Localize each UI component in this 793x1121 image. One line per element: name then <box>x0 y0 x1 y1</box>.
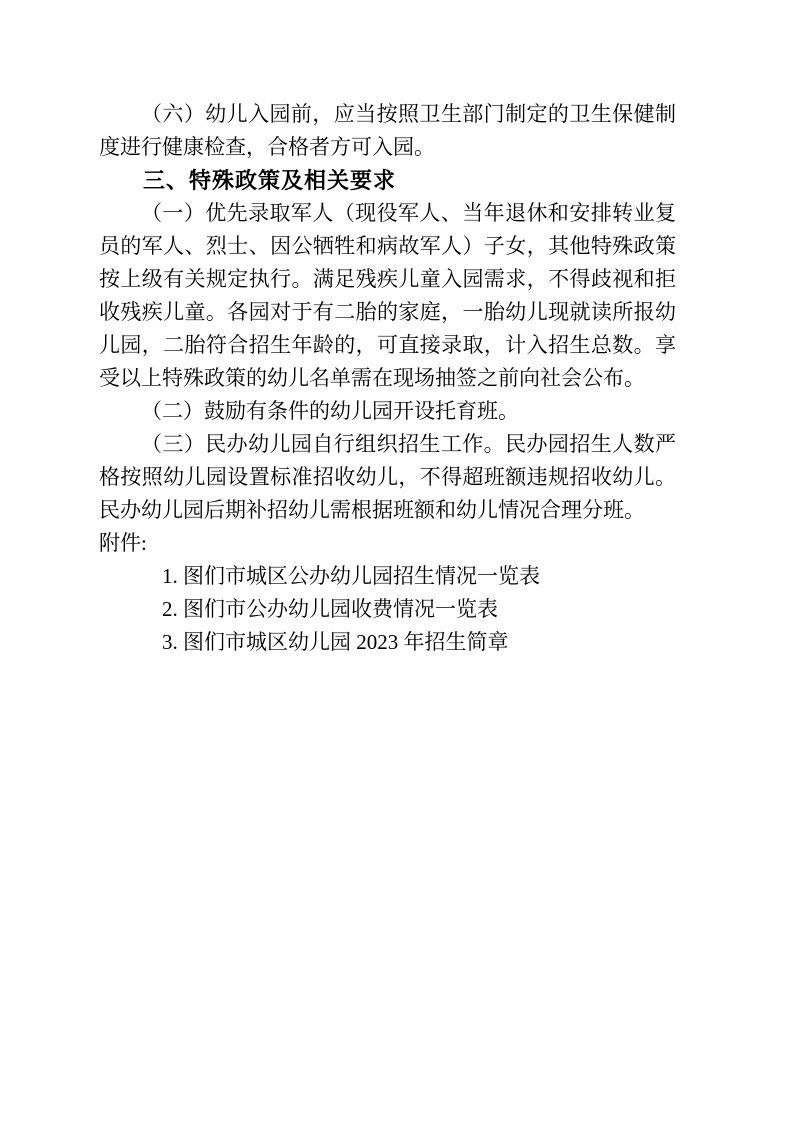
paragraph-private-kindergarten: （三）民办幼儿园自行组织招生工作。民办园招生人数严格按照幼儿园设置标准招收幼儿，… <box>99 428 676 527</box>
paragraph-health-check: （六）幼儿入园前，应当按照卫生部门制定的卫生保健制度进行健康检查，合格者方可入园… <box>99 98 676 164</box>
paragraph-priority-enrollment: （一）优先录取军人（现役军人、当年退休和安排转业复员的军人、烈士、因公牺牲和病故… <box>99 197 676 395</box>
document-body: （六）幼儿入园前，应当按照卫生部门制定的卫生保健制度进行健康检查，合格者方可入园… <box>99 98 676 659</box>
attachment-item-1: 1. 图们市城区公办幼儿园招生情况一览表 <box>99 560 676 593</box>
attachment-item-2: 2. 图们市公办幼儿园收费情况一览表 <box>99 593 676 626</box>
section-heading-special-policies: 三、特殊政策及相关要求 <box>99 164 676 197</box>
document-page: （六）幼儿入园前，应当按照卫生部门制定的卫生保健制度进行健康检查，合格者方可入园… <box>0 0 793 1121</box>
paragraph-nursery-class: （二）鼓励有条件的幼儿园开设托育班。 <box>99 395 676 428</box>
attachment-item-3: 3. 图们市城区幼儿园 2023 年招生简章 <box>99 626 676 659</box>
attachments-label: 附件: <box>99 527 676 560</box>
